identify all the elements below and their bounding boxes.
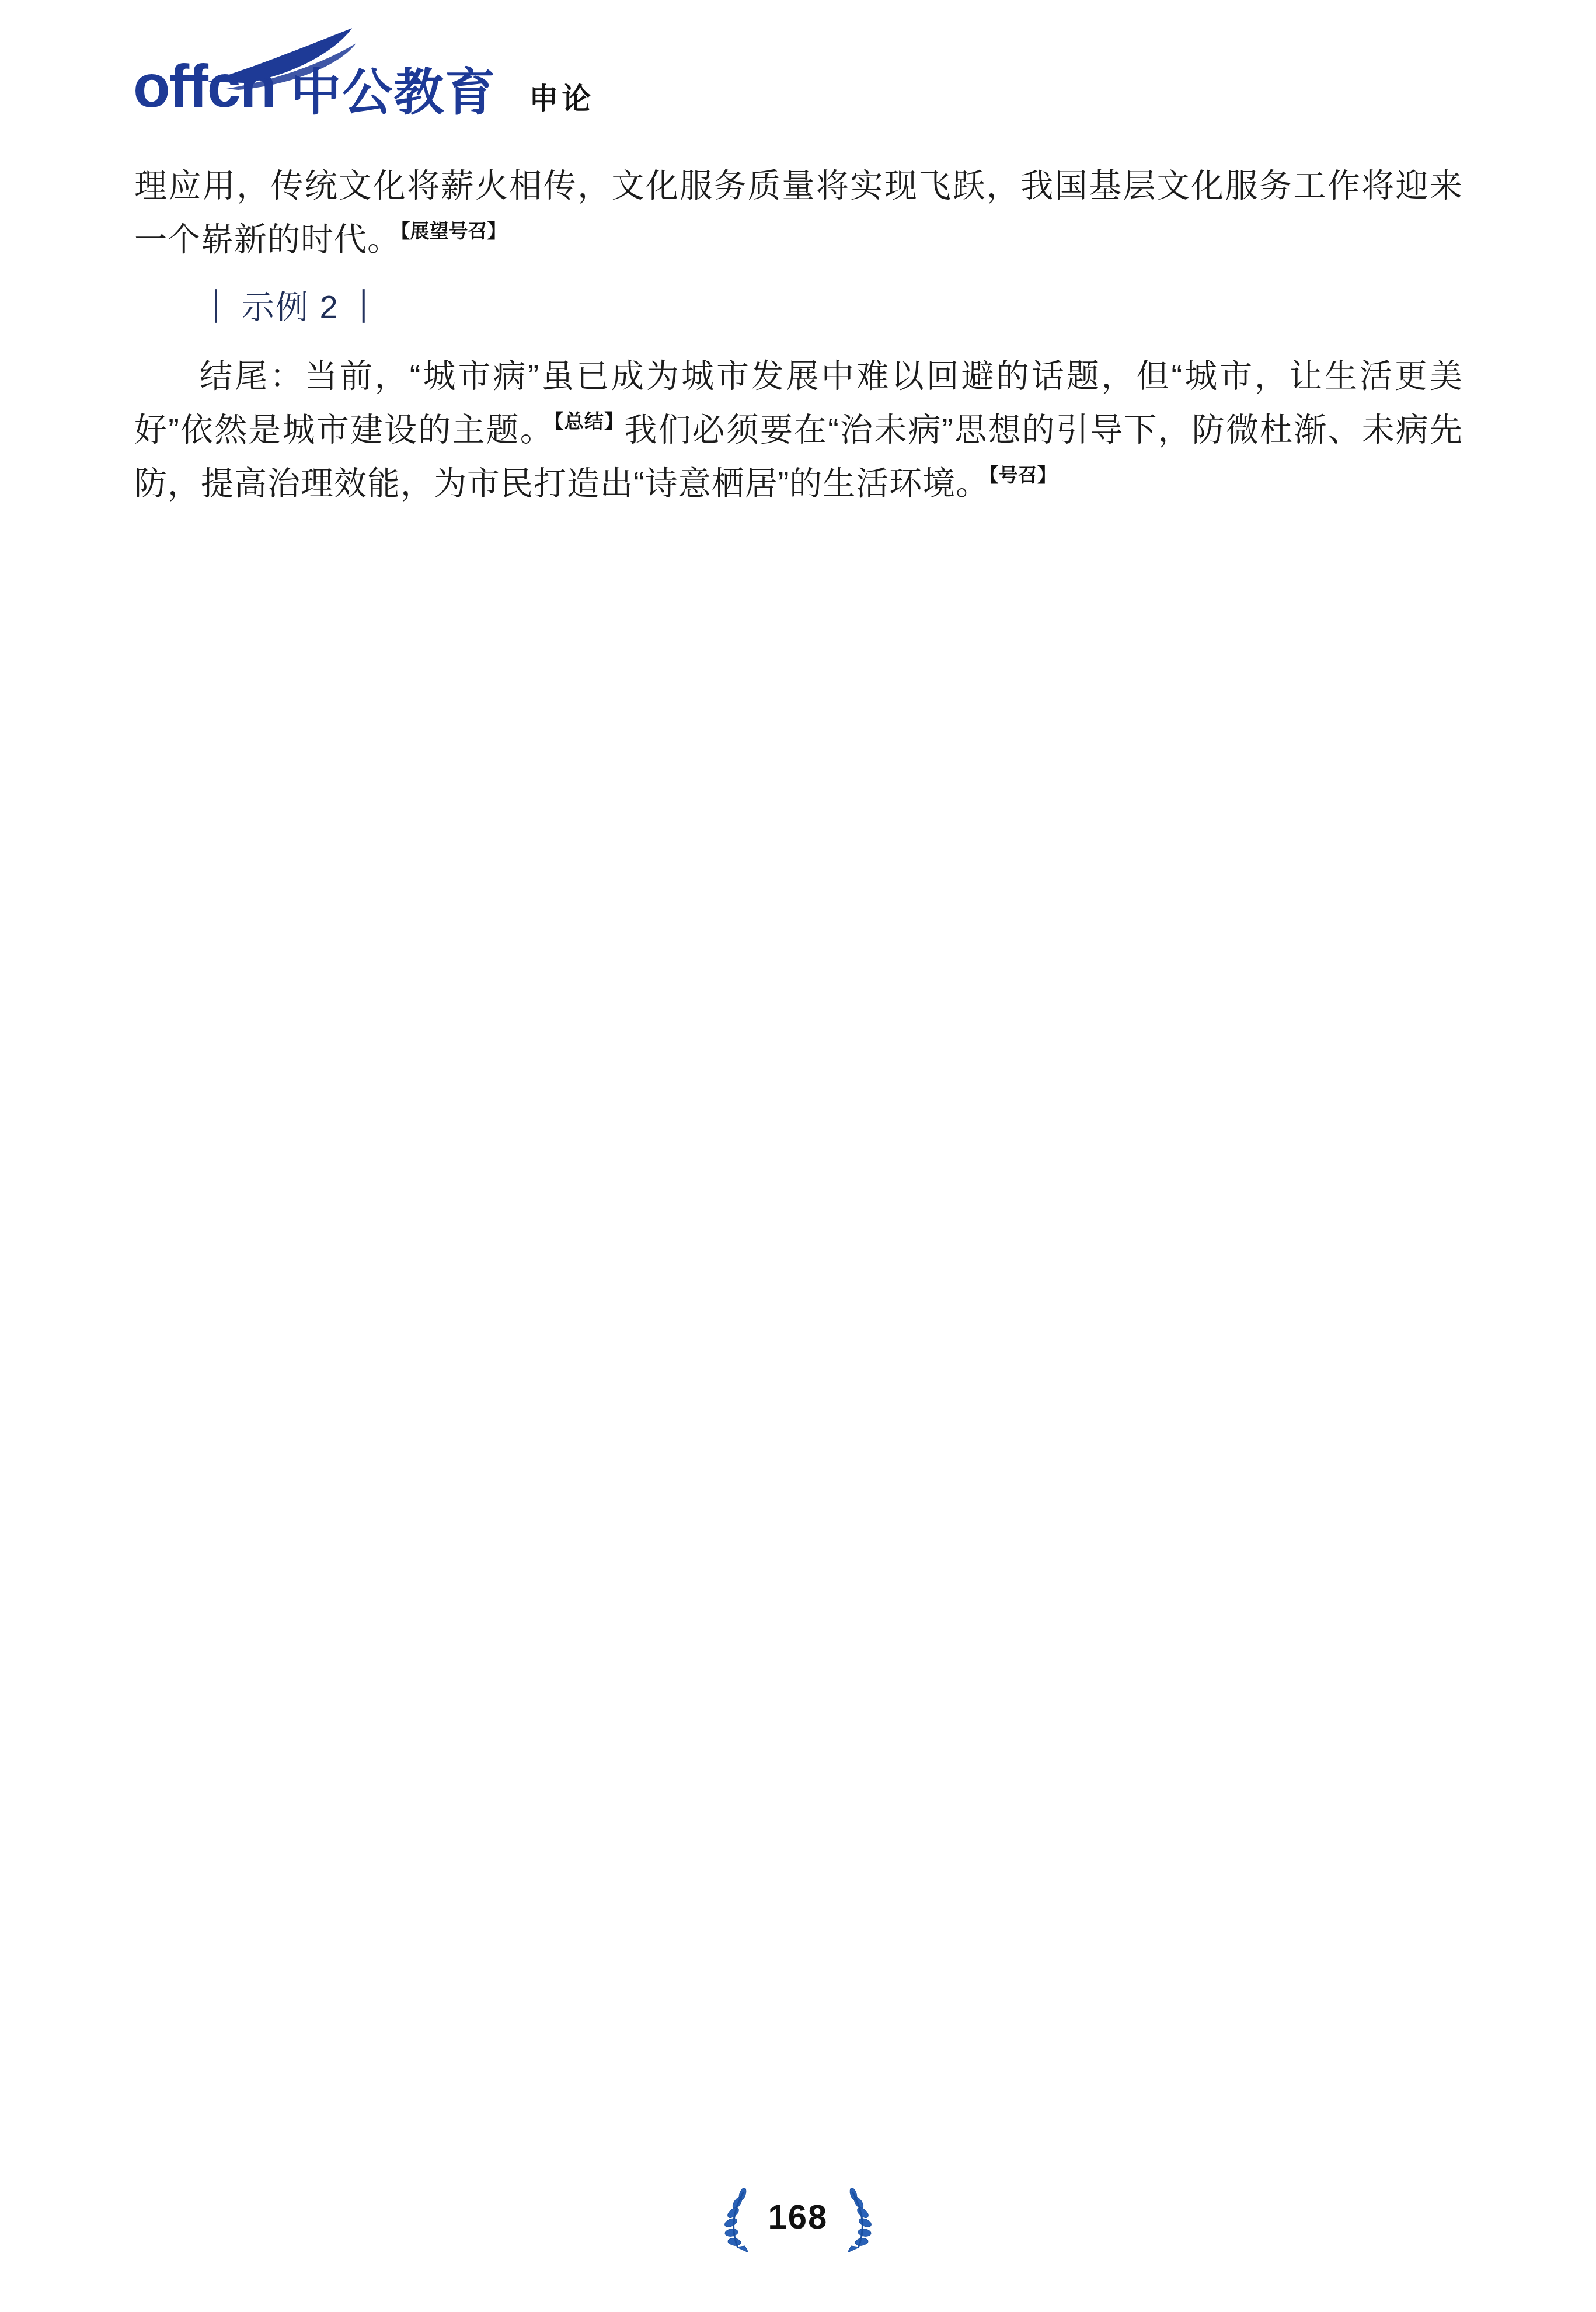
- subject-label: 申论: [529, 84, 594, 113]
- page-content: 理应用，传统文化将薪火相传，文化服务质量将实现飞跃，我国基层文化服务工作将迎来一…: [134, 159, 1463, 510]
- marker-label: 示例 2: [242, 280, 339, 334]
- marker-right-bar: ｜: [347, 280, 381, 334]
- page-footer: 168: [0, 2187, 1596, 2256]
- paragraph-1: 理应用，传统文化将薪火相传，文化服务质量将实现飞跃，我国基层文化服务工作将迎来一…: [134, 159, 1463, 266]
- example-2-marker: ｜ 示例 2 ｜: [134, 280, 1463, 334]
- paragraph-2: 结尾：当前，“城市病”虽已成为城市发展中难以回避的话题，但“城市，让生活更美好”…: [134, 349, 1463, 510]
- paragraph-2-annotation-call: 【号召】: [989, 464, 1057, 486]
- paragraph-1-text: 理应用，传统文化将薪火相传，文化服务质量将实现飞跃，我国基层文化服务工作将迎来一…: [134, 167, 1463, 257]
- offcn-logo: offcn 中公教育: [133, 56, 496, 118]
- marker-left-bar: ｜: [200, 280, 234, 334]
- laurel-left-icon: [719, 2187, 753, 2256]
- laurel-right-icon: [843, 2187, 877, 2256]
- header-brand: offcn 中公教育 申论: [133, 56, 594, 118]
- book-page: offcn 中公教育 申论 理应用，传统文化将薪火相传，文化服务质量将实现飞跃，…: [0, 0, 1596, 2312]
- paragraph-1-annotation: 【展望号召】: [400, 220, 507, 242]
- logo-swoosh-icon: [203, 26, 396, 90]
- paragraph-2-annotation-summary: 【总结】: [554, 410, 624, 432]
- page-number: 168: [768, 2200, 828, 2243]
